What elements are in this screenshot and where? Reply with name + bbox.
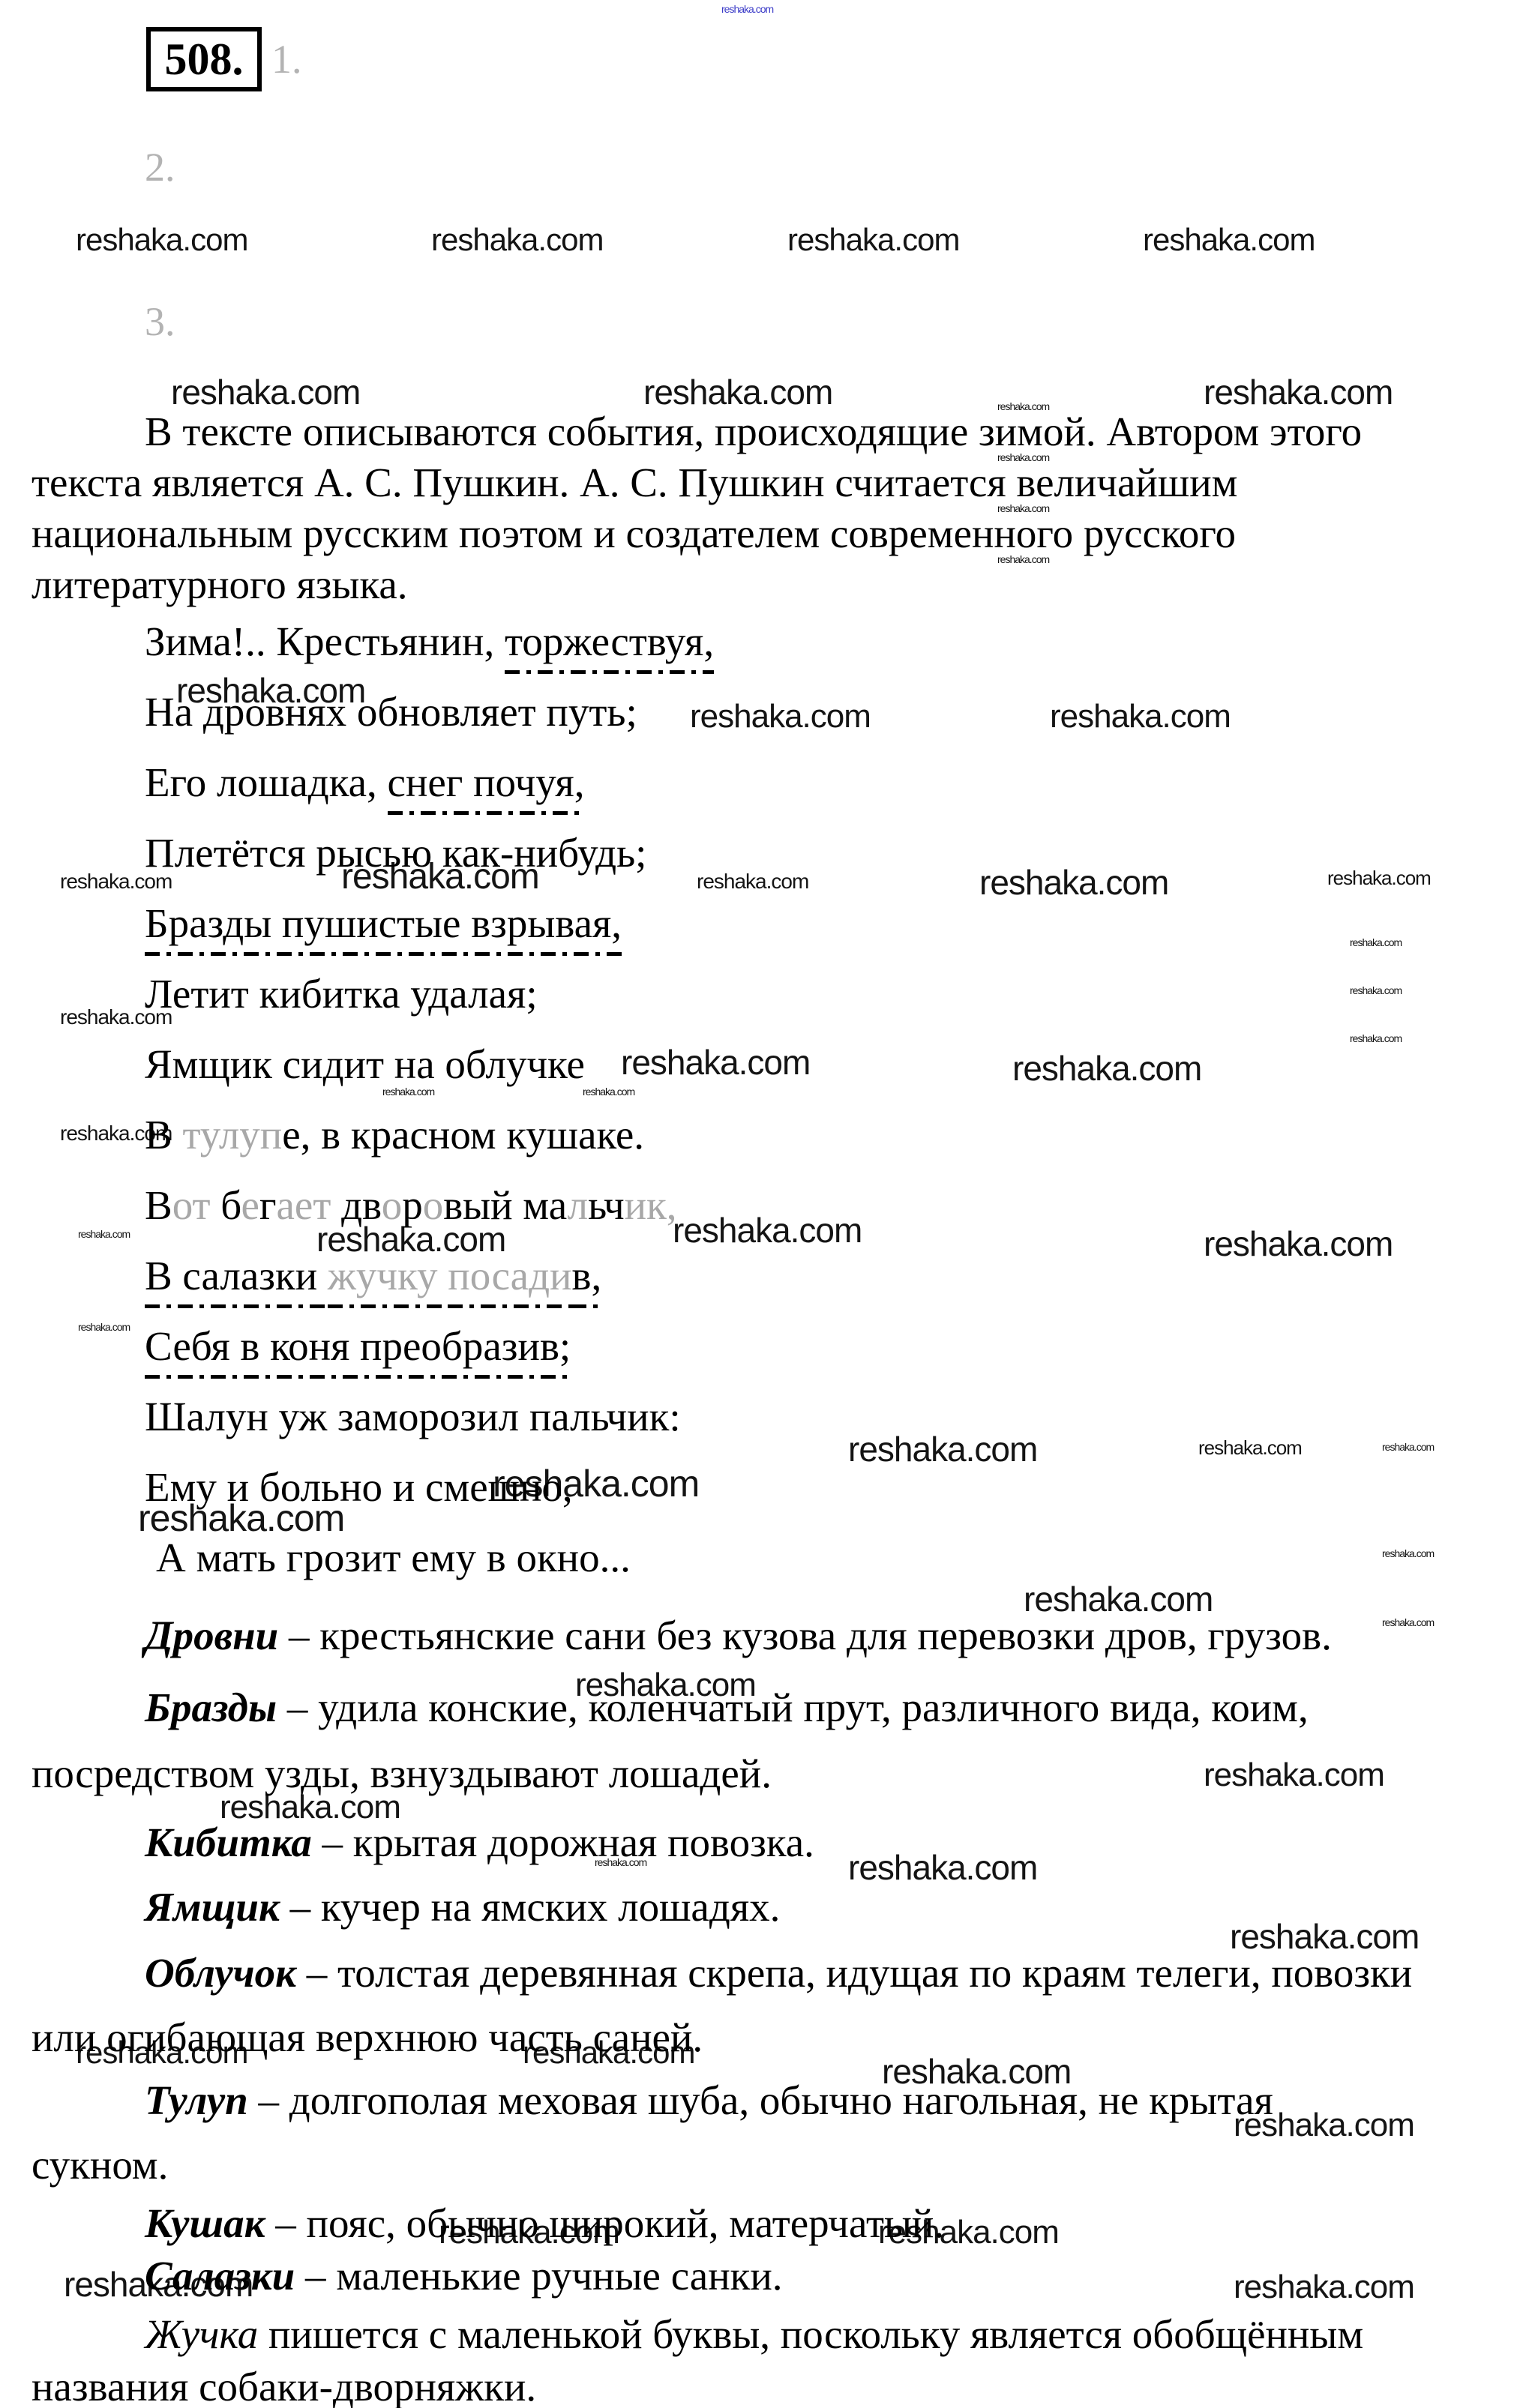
watermark: reshaka.com bbox=[1204, 1757, 1384, 1794]
watermark: reshaka.com bbox=[171, 372, 360, 412]
text-segment: е bbox=[241, 1182, 259, 1228]
text-segment: В bbox=[145, 1112, 182, 1158]
definition-line: Кибитка – крытая дорожная повозка. bbox=[145, 1820, 814, 1866]
text-segment: – крытая дорожная повозка. bbox=[312, 1819, 814, 1865]
watermark: reshaka.com bbox=[721, 3, 773, 15]
text-segment: названия собаки-дворняжки. bbox=[31, 2364, 536, 2408]
watermark: reshaka.com bbox=[848, 1429, 1037, 1469]
definition-line: Облучок – толстая деревянная скрепа, иду… bbox=[145, 1951, 1412, 1996]
text-segment: – крестьянские сани без кузова для перев… bbox=[278, 1613, 1332, 1658]
text-segment: – маленькие ручные санки. bbox=[295, 2253, 782, 2299]
intro-line: национальным русским поэтом и создателем… bbox=[31, 511, 1236, 557]
watermark: reshaka.com bbox=[1198, 1436, 1302, 1460]
text-segment: ает bbox=[277, 1182, 331, 1228]
definition-line: Ямщик – кучер на ямских лошадях. bbox=[145, 1885, 780, 1930]
watermark: reshaka.com bbox=[848, 1847, 1037, 1888]
text-segment: Летит кибитка удалая; bbox=[145, 971, 538, 1017]
text-segment: б bbox=[220, 1182, 241, 1228]
watermark: reshaka.com bbox=[583, 1086, 634, 1098]
watermark: reshaka.com bbox=[1382, 1547, 1434, 1559]
text-segment: Облучок bbox=[145, 1950, 296, 1996]
text-segment: – долгополая меховая шуба, обычно наголь… bbox=[248, 2077, 1273, 2123]
definition-line: Салазки – маленькие ручные санки. bbox=[145, 2254, 783, 2299]
text-segment: Кибитка bbox=[145, 1819, 312, 1865]
text-segment: – удила конские, коленчатый прут, различ… bbox=[277, 1685, 1309, 1730]
poem-line: Шалун уж заморозил пальчик: bbox=[145, 1394, 681, 1440]
text-segment: текста является А. С. Пушкин. А. С. Пушк… bbox=[31, 460, 1237, 505]
text-segment: о bbox=[423, 1182, 444, 1228]
watermark: reshaka.com bbox=[1143, 222, 1315, 258]
watermark: reshaka.com bbox=[1350, 1032, 1402, 1044]
text-segment: Салазки bbox=[145, 2253, 295, 2299]
text-segment: Тулуп bbox=[145, 2077, 248, 2123]
watermark: reshaka.com bbox=[1327, 867, 1431, 890]
watermark: reshaka.com bbox=[643, 372, 832, 412]
watermark: reshaka.com bbox=[76, 222, 247, 258]
text-segment: В тексте описываются события, происходящ… bbox=[145, 409, 1362, 454]
poem-line: Зима!.. Крестьянин, торжествуя, bbox=[145, 619, 714, 674]
definition-line: посредством узды, взнуздывают лошадей. bbox=[31, 1751, 772, 1797]
text-segment: л bbox=[568, 1182, 588, 1228]
watermark: reshaka.com bbox=[1350, 984, 1402, 996]
text-segment: национальным русским поэтом и создателем… bbox=[31, 511, 1236, 556]
text-segment: Шалун уж заморозил пальчик: bbox=[145, 1394, 681, 1439]
text-segment: Бразды bbox=[145, 1685, 277, 1730]
definition-line: или огибающая верхнюю часть саней. bbox=[31, 2015, 703, 2061]
text-segment: посредством узды, взнуздывают лошадей. bbox=[31, 1751, 772, 1796]
poem-line: В тулупе, в красном кушаке. bbox=[145, 1113, 644, 1158]
intro-line: литературного языка. bbox=[31, 562, 408, 608]
text-segment: На дровнях обновляет путь; bbox=[145, 689, 637, 735]
watermark: reshaka.com bbox=[1382, 1441, 1434, 1453]
list-marker-1: 1. bbox=[271, 36, 302, 82]
text-segment: – кучер на ямских лошадях. bbox=[280, 1884, 781, 1930]
definition-line: Жучка пишется с маленькой буквы, посколь… bbox=[145, 2312, 1363, 2358]
solution-page: 508. 1. 2. 3. reshaka.comreshaka.comresh… bbox=[0, 0, 1514, 2408]
text-segment: ик, bbox=[625, 1182, 677, 1228]
text-segment: – толстая деревянная скрепа, идущая по к… bbox=[296, 1950, 1412, 1996]
definition-line: названия собаки-дворняжки. bbox=[31, 2365, 536, 2408]
watermark: reshaka.com bbox=[979, 862, 1168, 903]
text-segment: жучку bbox=[328, 1253, 448, 1308]
text-segment: Ямщик bbox=[145, 1884, 280, 1930]
text-segment: В салазки bbox=[145, 1253, 328, 1308]
list-marker-2: 2. bbox=[145, 144, 175, 190]
watermark: reshaka.com bbox=[690, 698, 871, 735]
watermark: reshaka.com bbox=[1204, 372, 1393, 412]
definition-line: Бразды – удила конские, коленчатый прут,… bbox=[145, 1685, 1309, 1731]
definition-line: Дровни – крестьянские сани без кузова дл… bbox=[145, 1613, 1332, 1659]
watermark: reshaka.com bbox=[78, 1228, 130, 1240]
poem-line: Себя в коня преобразив; bbox=[145, 1324, 571, 1379]
text-segment: тулуп bbox=[182, 1112, 282, 1158]
text-segment: е, в красном кушаке. bbox=[282, 1112, 644, 1158]
watermark: reshaka.com bbox=[78, 1321, 130, 1333]
text-segment: Плетётся рысью как-нибудь; bbox=[145, 830, 646, 876]
text-segment: сукном. bbox=[31, 2142, 168, 2188]
text-segment: г bbox=[259, 1182, 277, 1228]
text-segment: литературного языка. bbox=[31, 562, 408, 607]
exercise-number-badge: 508. bbox=[146, 27, 262, 91]
definition-line: Тулуп – долгополая меховая шуба, обычно … bbox=[145, 2078, 1273, 2124]
intro-line: В тексте описываются события, происходящ… bbox=[145, 409, 1362, 455]
poem-line: Ему и больно и смешно, bbox=[145, 1465, 573, 1511]
watermark: reshaka.com bbox=[431, 222, 603, 258]
watermark: reshaka.com bbox=[621, 1042, 810, 1083]
text-segment: в, bbox=[571, 1253, 601, 1308]
text-segment: Зима!.. Крестьянин, bbox=[145, 618, 505, 664]
definition-line: Кушак – пояс, обычно широкий, матерчатый… bbox=[145, 2201, 944, 2247]
watermark: reshaka.com bbox=[1204, 1223, 1393, 1264]
text-segment: Бразды пушистые взрывая, bbox=[145, 901, 622, 956]
text-segment: – пояс, обычно широкий, матерчатый. bbox=[265, 2200, 945, 2246]
text-segment: снег почуя, bbox=[388, 760, 585, 815]
definition-line: сукном. bbox=[31, 2143, 168, 2188]
text-segment: о bbox=[382, 1182, 403, 1228]
poem-line: Летит кибитка удалая; bbox=[145, 972, 538, 1017]
text-segment: Жучка bbox=[145, 2311, 258, 2357]
text-segment: Его лошадка, bbox=[145, 759, 388, 805]
watermark: reshaka.com bbox=[1382, 1616, 1434, 1628]
text-segment: или огибающая верхнюю часть саней. bbox=[31, 2014, 703, 2060]
watermark: reshaka.com bbox=[697, 870, 808, 894]
watermark: reshaka.com bbox=[1050, 698, 1231, 735]
text-segment: А мать грозит ему в окно... bbox=[156, 1535, 631, 1580]
intro-line: текста является А. С. Пушкин. А. С. Пушк… bbox=[31, 460, 1237, 506]
text-segment: торжествуя, bbox=[505, 619, 714, 674]
poem-line: Плетётся рысью как-нибудь; bbox=[145, 831, 646, 876]
text-segment: Ему и больно и смешно, bbox=[145, 1464, 573, 1510]
watermark: reshaka.com bbox=[1350, 936, 1402, 948]
text-segment: дв bbox=[331, 1182, 381, 1228]
watermark: reshaka.com bbox=[787, 222, 959, 258]
text-segment: вый ма bbox=[443, 1182, 567, 1228]
text-segment: Ямщик сидит на облучке bbox=[145, 1041, 585, 1087]
poem-line: На дровнях обновляет путь; bbox=[145, 690, 637, 735]
text-segment: В bbox=[145, 1182, 172, 1228]
poem-line: Бразды пушистые взрывая, bbox=[145, 901, 622, 956]
text-segment: Себя в коня преобразив; bbox=[145, 1324, 571, 1379]
text-segment: р bbox=[402, 1182, 423, 1228]
poem-line: Его лошадка, снег почуя, bbox=[145, 760, 584, 815]
text-segment: ьч bbox=[588, 1182, 625, 1228]
text-segment: от bbox=[172, 1182, 221, 1228]
watermark: reshaka.com bbox=[673, 1210, 862, 1250]
watermark: reshaka.com bbox=[1012, 1048, 1201, 1089]
poem-line: А мать грозит ему в окно... bbox=[156, 1535, 631, 1581]
poem-line: В салазки жучку посадив, bbox=[145, 1253, 601, 1308]
text-segment: посади bbox=[448, 1253, 571, 1308]
poem-line: Вот бегает дворовый мальчик, bbox=[145, 1183, 677, 1229]
text-segment: пишется с маленькой буквы, поскольку явл… bbox=[258, 2311, 1363, 2357]
text-segment: Дровни bbox=[145, 1613, 278, 1658]
watermark: reshaka.com bbox=[1234, 2269, 1414, 2306]
list-marker-3: 3. bbox=[145, 298, 175, 345]
poem-line: Ямщик сидит на облучке bbox=[145, 1042, 585, 1088]
text-segment: Кушак bbox=[145, 2200, 265, 2246]
